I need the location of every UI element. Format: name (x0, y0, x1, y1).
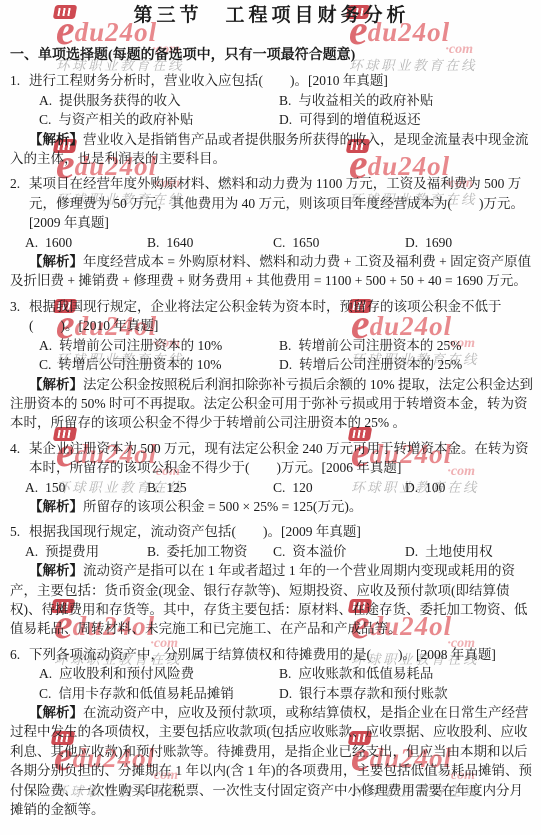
option-d: D.100 (405, 478, 533, 497)
analysis: 【解析】流动资产是指可以在 1 年或者超过 1 年的一个营业周期内变现或耗用的资… (10, 561, 533, 639)
option-label: D. (279, 357, 292, 372)
option-b: B.1640 (147, 233, 273, 252)
option-label: D. (405, 235, 418, 250)
section-heading: 一、单项选择题(每题的备选项中，只有一项最符合题意) (10, 46, 533, 65)
option-label: A. (39, 93, 52, 108)
option-c: C.与资产相关的政府补贴 (39, 110, 279, 129)
option-b: B.应收账款和低值易耗品 (279, 664, 533, 683)
option-text: 1650 (292, 235, 319, 250)
option-label: D. (405, 544, 418, 559)
option-text: 150 (45, 480, 65, 495)
option-label: B. (147, 480, 159, 495)
option-b: B.与收益相关的政府补贴 (279, 91, 533, 110)
option-d: D.转增后公司注册资本的 25% (279, 355, 533, 374)
option-a: A.150 (25, 478, 147, 497)
question-number: 5. (10, 522, 20, 541)
option-text: 转增后公司注册资本的 10% (58, 357, 221, 372)
option-c: C.资本溢价 (273, 542, 405, 561)
option-label: A. (25, 235, 38, 250)
analysis-label: 【解析】 (29, 499, 83, 514)
option-label: A. (39, 338, 52, 353)
question-number: 4. (10, 439, 20, 458)
question-4: 4. 某企业注册资本为 500 万元，现有法定公积金 240 万元可用于转增资本… (10, 439, 533, 517)
option-text: 信用卡存款和低值易耗品摊销 (58, 686, 234, 701)
option-label: B. (279, 338, 291, 353)
analysis-label: 【解析】 (29, 705, 83, 720)
option-label: A. (25, 544, 38, 559)
analysis: 【解析】营业收入是指销售产品或者提供服务所获得的收入，是现金流量表中现金流入的主… (10, 130, 533, 169)
analysis-text: 流动资产是指可以在 1 年或者超过 1 年的一个营业周期内变现或耗用的资产，主要… (10, 563, 528, 636)
option-label: C. (273, 235, 285, 250)
option-a: A.提供服务获得的收入 (39, 91, 279, 110)
option-label: A. (25, 480, 38, 495)
options-row: A.150 B.125 C.120 D.100 (25, 478, 533, 497)
analysis-label: 【解析】 (29, 254, 83, 269)
page-title: 第三节 工程项目财务分析 (10, 4, 533, 28)
option-label: A. (39, 666, 52, 681)
analysis-text: 营业收入是指销售产品或者提供服务所获得的收入，是现金流量表中现金流入的主体，也是… (10, 132, 529, 166)
option-text: 应收账款和低值易耗品 (298, 666, 433, 681)
option-d: D.土地使用权 (405, 542, 533, 561)
option-d: D.1690 (405, 233, 533, 252)
option-label: B. (279, 666, 291, 681)
option-text: 资本溢价 (292, 544, 346, 559)
option-a: A.应收股利和预付风险费 (39, 664, 279, 683)
option-c: C.1650 (273, 233, 405, 252)
option-label: D. (279, 112, 292, 127)
option-label: B. (147, 235, 159, 250)
option-label: C. (273, 480, 285, 495)
question-1: 1. 进行工程财务分析时，营业收入应包括( )。[2010 年真题] A.提供服… (10, 71, 533, 168)
option-text: 委托加工物资 (166, 544, 247, 559)
option-text: 100 (425, 480, 445, 495)
question-stem: 进行工程财务分析时，营业收入应包括( )。[2010 年真题] (29, 71, 533, 90)
question-number: 2. (10, 174, 20, 193)
analysis-text: 法定公积金按照税后利润扣除弥补亏损后余额的 10% 提取，法定公积金达到注册资本… (10, 377, 533, 431)
analysis: 【解析】法定公积金按照税后利润扣除弥补亏损后余额的 10% 提取，法定公积金达到… (10, 375, 533, 433)
option-label: C. (39, 686, 51, 701)
option-a: A.转增前公司注册资本的 10% (39, 336, 279, 355)
question-stem: 某企业注册资本为 500 万元，现有法定公积金 240 万元可用于转增资本金。在… (29, 439, 533, 478)
option-text: 1600 (45, 235, 72, 250)
option-text: 可得到的增值税返还 (299, 112, 421, 127)
question-stem: 下列各项流动资产中，分别属于结算债权和待摊费用的是( )。[2008 年真题] (29, 645, 533, 664)
option-text: 转增前公司注册资本的 25% (298, 338, 461, 353)
options-row: A.应收股利和预付风险费 B.应收账款和低值易耗品 C.信用卡存款和低值易耗品摊… (39, 664, 533, 703)
option-c: C.转增后公司注册资本的 10% (39, 355, 279, 374)
option-a: A.1600 (25, 233, 147, 252)
option-label: C. (273, 544, 285, 559)
options-row: A.转增前公司注册资本的 10% B.转增前公司注册资本的 25% C.转增后公… (39, 336, 533, 375)
option-text: 与资产相关的政府补贴 (58, 112, 193, 127)
option-label: B. (147, 544, 159, 559)
option-text: 银行本票存款和预付账款 (299, 686, 448, 701)
option-text: 与收益相关的政府补贴 (298, 93, 433, 108)
analysis-text: 在流动资产中，应收及预付款项，或称结算债权，是指企业在日常生产经营过程中发生的各… (10, 705, 532, 817)
analysis: 【解析】在流动资产中，应收及预付款项，或称结算债权，是指企业在日常生产经营过程中… (10, 703, 533, 819)
options-row: A.1600 B.1640 C.1650 D.1690 (25, 233, 533, 252)
option-b: B.转增前公司注册资本的 25% (279, 336, 533, 355)
option-c: C.信用卡存款和低值易耗品摊销 (39, 684, 279, 703)
option-label: C. (39, 112, 51, 127)
analysis: 【解析】年度经营成本 = 外购原材料、燃料和动力费 + 工资及福利费 + 固定资… (10, 252, 533, 291)
question-stem: 根据我国现行规定，流动资产包括( )。[2009 年真题] (29, 522, 533, 541)
option-label: B. (279, 93, 291, 108)
option-text: 土地使用权 (425, 544, 493, 559)
option-text: 转增后公司注册资本的 25% (299, 357, 462, 372)
question-6: 6. 下列各项流动资产中，分别属于结算债权和待摊费用的是( )。[2008 年真… (10, 645, 533, 820)
question-number: 1. (10, 71, 20, 90)
question-stem: 根据我国现行规定，企业将法定公积金转为资本时，预留存的该项公积金不低于( )。[… (29, 297, 533, 336)
option-text: 预提费用 (45, 544, 99, 559)
question-number: 6. (10, 645, 20, 664)
option-text: 125 (166, 480, 186, 495)
option-text: 1640 (166, 235, 193, 250)
analysis-text: 所留存的该项公积金 = 500 × 25% = 125(万元)。 (83, 499, 362, 514)
options-row: A.提供服务获得的收入 B.与收益相关的政府补贴 C.与资产相关的政府补贴 D.… (39, 91, 533, 130)
option-label: D. (279, 686, 292, 701)
page-content: 第三节 工程项目财务分析 一、单项选择题(每题的备选项中，只有一项最符合题意) … (10, 4, 533, 819)
option-label: C. (39, 357, 51, 372)
option-a: A.预提费用 (25, 542, 147, 561)
question-number: 3. (10, 297, 20, 316)
analysis-label: 【解析】 (29, 563, 83, 578)
analysis-label: 【解析】 (29, 377, 83, 392)
option-c: C.120 (273, 478, 405, 497)
question-stem: 某项目在经营年度外购原材料、燃料和动力费为 1100 万元，工资及福利费为 50… (29, 174, 533, 232)
option-text: 转增前公司注册资本的 10% (59, 338, 222, 353)
option-d: D.可得到的增值税返还 (279, 110, 533, 129)
scanned-textbook-page: e du24ol ·com 环球职业教育在线 e du24ol ·com 环球职… (0, 0, 541, 835)
option-b: B.125 (147, 478, 273, 497)
option-text: 120 (292, 480, 312, 495)
analysis-text: 年度经营成本 = 外购原材料、燃料和动力费 + 工资及福利费 + 固定资产原值及… (10, 254, 531, 288)
option-text: 应收股利和预付风险费 (59, 666, 194, 681)
option-b: B.委托加工物资 (147, 542, 273, 561)
option-label: D. (405, 480, 418, 495)
question-3: 3. 根据我国现行规定，企业将法定公积金转为资本时，预留存的该项公积金不低于( … (10, 297, 533, 433)
option-text: 1690 (425, 235, 452, 250)
option-text: 提供服务获得的收入 (59, 93, 181, 108)
question-2: 2. 某项目在经营年度外购原材料、燃料和动力费为 1100 万元，工资及福利费为… (10, 174, 533, 290)
question-5: 5. 根据我国现行规定，流动资产包括( )。[2009 年真题] A.预提费用 … (10, 522, 533, 638)
analysis-label: 【解析】 (29, 132, 83, 147)
option-d: D.银行本票存款和预付账款 (279, 684, 533, 703)
analysis: 【解析】所留存的该项公积金 = 500 × 25% = 125(万元)。 (10, 497, 533, 516)
options-row: A.预提费用 B.委托加工物资 C.资本溢价 D.土地使用权 (25, 542, 533, 561)
